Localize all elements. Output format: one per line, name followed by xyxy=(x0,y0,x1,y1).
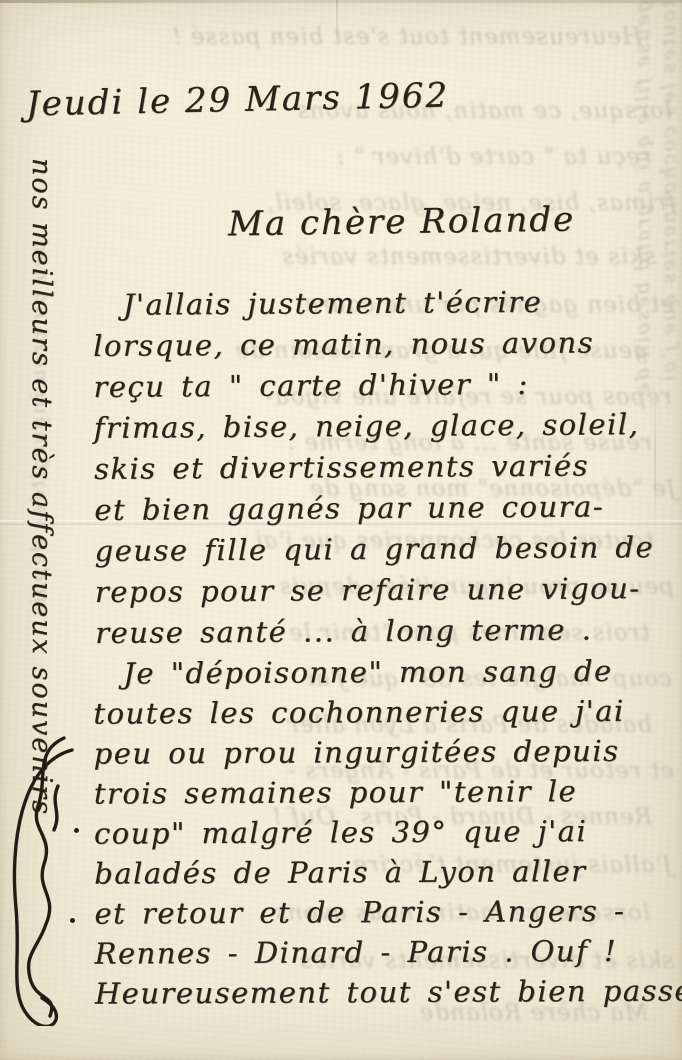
letter-line: reuse santé ... à long terme . xyxy=(95,609,655,654)
letter-line: toutes les cochonneries que j'ai xyxy=(93,690,682,733)
letter-line: trois semaines pour "tenir le xyxy=(94,770,682,813)
letter-paragraph-2: Je "dépoisonne" mon sang de toutes les c… xyxy=(93,650,682,1013)
vertical-crease-right xyxy=(654,386,656,528)
bleedthrough-line: Heureusement tout s'est bien passé ! xyxy=(171,24,642,50)
letter-line: frimas, bise, neige, glace, soleil, xyxy=(94,404,654,449)
letter-line: Rennes - Dinard - Paris . Ouf ! xyxy=(95,930,682,973)
letter-line: et bien gagnés par une coura- xyxy=(94,486,654,531)
letter-line: J'allais justement t'écrire xyxy=(93,281,653,326)
letter-line: skis et divertissements variés xyxy=(94,445,654,490)
letter-salutation: Ma chère Rolande xyxy=(228,200,576,245)
ink-dot xyxy=(74,828,79,833)
letter-line: peu ou prou ingurgitées depuis xyxy=(93,730,682,773)
letter-scan: Heureusement tout s'est bien passé ! lor… xyxy=(0,0,682,1060)
letter-line: et retour et de Paris - Angers - xyxy=(94,890,682,933)
letter-date: Jeudi le 29 Mars 1962 xyxy=(26,76,450,125)
paper-top-edge-shadow xyxy=(0,0,682,3)
signature-flourish xyxy=(0,726,84,1026)
bleedthrough-line: skis et divertissements variés xyxy=(281,244,656,270)
letter-line: coup" malgré les 39° que j'ai xyxy=(94,810,682,853)
letter-paragraph-1: J'allais justement t'écrire lorsque, ce … xyxy=(93,281,655,654)
letter-line: baladés de Paris à Lyon aller xyxy=(94,850,682,893)
bleedthrough-line: reçu ta " carte d'hiver " : xyxy=(336,144,652,170)
letter-line: repos pour se refaire une vigou- xyxy=(95,568,655,613)
letter-line: Heureusement tout s'est bien passé ! xyxy=(95,970,682,1013)
letter-line: Je "dépoisonne" mon sang de xyxy=(93,650,682,693)
letter-line: reçu ta " carte d'hiver " : xyxy=(93,363,653,408)
letter-line: geuse fille qui a grand besoin de xyxy=(94,527,654,572)
vertical-crease-top xyxy=(336,0,338,48)
ink-dot xyxy=(70,918,75,923)
letter-line: lorsque, ce matin, nous avons xyxy=(93,322,653,367)
